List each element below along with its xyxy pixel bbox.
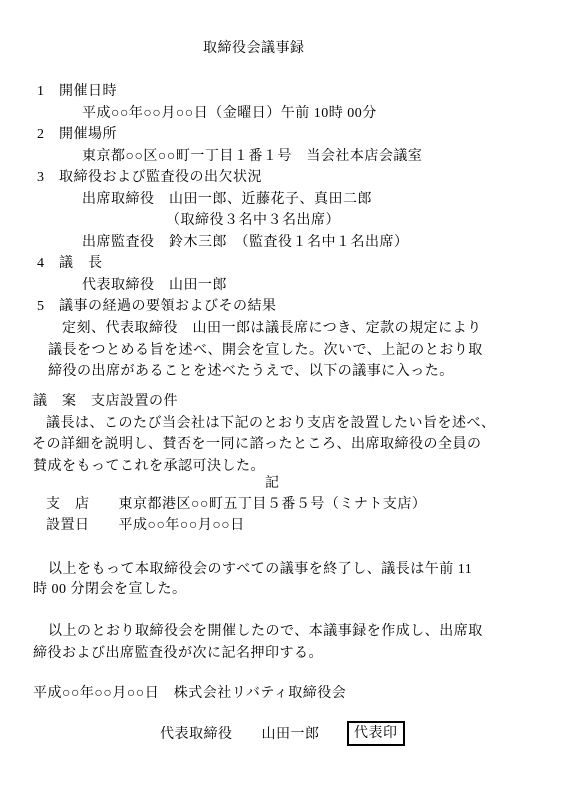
signature-title-name: 代表取締役 山田一郎 [160, 727, 320, 743]
item-5-proceedings-heading: 5 議事の経過の要領およびその結果 [37, 299, 277, 315]
record-paragraph-line-2: 締役および出席監査役が次に記名押印する。 [33, 646, 323, 662]
item-4-chairman-heading: 4 議 長 [37, 256, 103, 272]
meeting-place-value: 東京都○○区○○町一丁目１番１号 当会社本店会議室 [82, 149, 422, 165]
date-and-company-line: 平成○○年○○月○○日 株式会社リバティ取締役会 [33, 686, 346, 702]
attending-directors: 出席取締役 山田一郎、近藤花子、真田二郎 [82, 192, 372, 208]
chairman-name: 代表取締役 山田一郎 [82, 278, 227, 294]
agenda-paragraph-line-2: その詳細を説明し、賛否を一同に諮ったところ、出席取締役の全員の [32, 437, 482, 453]
proceedings-paragraph-line-2: 議長をつとめる旨を述べ、開会を宣した。次いで、上記のとおり取 [48, 343, 483, 359]
document-title: 取締役会議事録 [203, 41, 305, 57]
agenda-paragraph-line-3: 賛成をもってこれを承認可決した。 [33, 459, 265, 475]
item-2-meeting-place-heading: 2 開催場所 [37, 127, 117, 143]
agenda-heading: 議 案 支店設置の件 [33, 394, 178, 410]
item-3-attendance-heading: 3 取締役および監査役の出欠状況 [37, 170, 262, 186]
proceedings-paragraph-line-1: 定刻、代表取締役 山田一郎は議長席につき、定款の規定により [62, 321, 482, 337]
establishment-date-line: 設置日 平成○○年○○月○○日 [46, 518, 245, 534]
ki-record-marker: 記 [265, 476, 280, 492]
document-page: 取締役会議事録 1 開催日時 平成○○年○○月○○日（金曜日）午前 10時 00… [0, 0, 569, 787]
proceedings-paragraph-line-3: 締役の出席があることを述べたうえで、以下の議事に入った。 [48, 364, 454, 380]
attending-auditors: 出席監査役 鈴木三郎 （監査役１名中１名出席） [82, 235, 409, 251]
meeting-datetime-value: 平成○○年○○月○○日（金曜日）午前 10時 00分 [82, 106, 377, 122]
record-paragraph-line-1: 以上のとおり取締役会を開催したので、本議事録を作成し、出席取 [48, 624, 483, 640]
representative-seal-stamp: 代表印 [347, 721, 405, 746]
branch-location-line: 支 店 東京都港区○○町五丁目５番５号（ミナト支店） [46, 497, 426, 513]
closing-paragraph-line-1: 以上をもって本取締役会のすべての議事を終了し、議長は午前 11 [48, 562, 472, 578]
directors-attendance-count: （取締役３名中３名出席） [166, 213, 340, 229]
agenda-paragraph-line-1: 議長は、このたび当会社は下記のとおり支店を設置したい旨を述べ、 [46, 416, 496, 432]
item-1-meeting-datetime-heading: 1 開催日時 [37, 84, 117, 100]
closing-paragraph-line-2: 時 00 分閉会を宣した。 [33, 582, 187, 598]
